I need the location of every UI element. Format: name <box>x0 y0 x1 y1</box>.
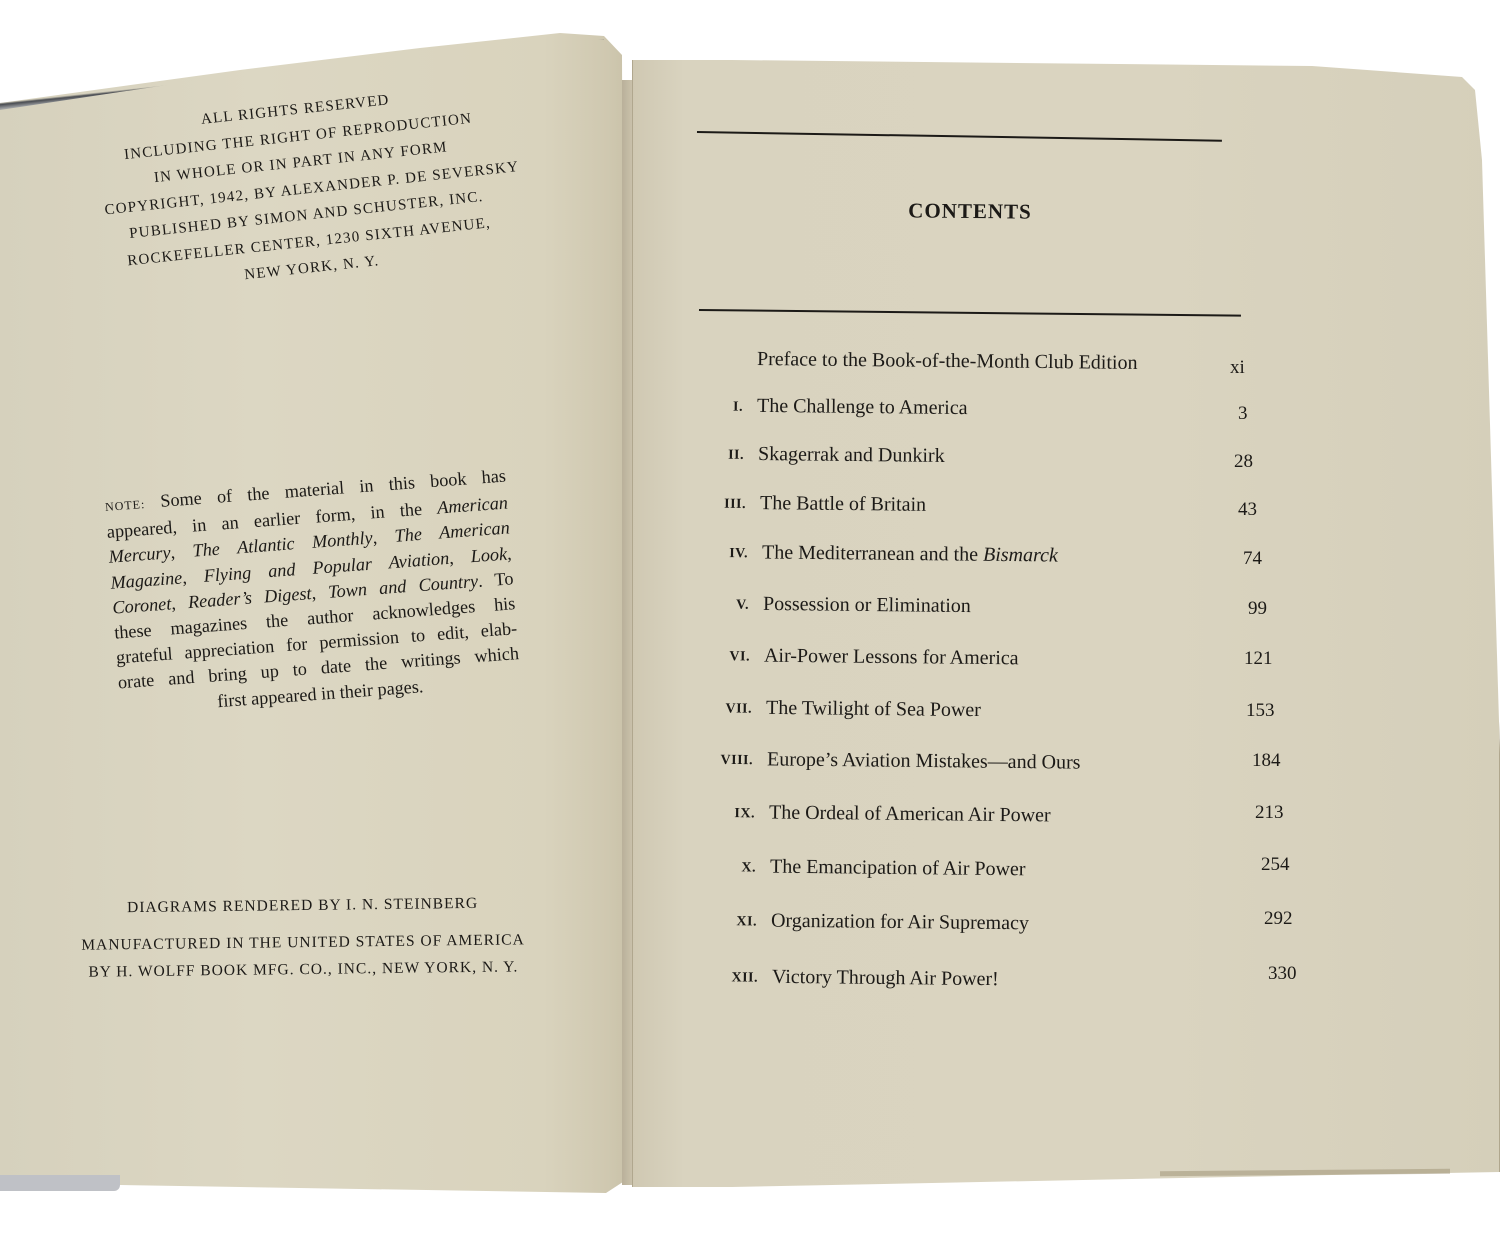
chapter-title: The Twilight of Sea Power <box>766 697 981 721</box>
chapter-title: The Battle of Britain <box>760 492 926 516</box>
toc-entry: III.The Battle of Britain <box>760 492 926 524</box>
contents-heading: CONTENTS <box>870 198 1070 225</box>
chapter-title: Possession or Elimination <box>763 593 971 617</box>
page-number: 121 <box>1244 648 1273 670</box>
chapter-title: Victory Through Air Power! <box>772 966 999 990</box>
toc-entry: X.The Emancipation of Air Power <box>770 856 1026 889</box>
chapter-title: Organization for Air Supremacy <box>771 910 1029 935</box>
chapter-title: The Ordeal of American Air Power <box>769 802 1051 827</box>
toc-entry: VIII.Europe’s Aviation Mistakes—and Ours <box>767 748 1081 781</box>
toc-entry: Preface to the Book-of-the-Month Club Ed… <box>757 348 1138 382</box>
chapter-number: XI. <box>736 914 757 930</box>
page-number: 254 <box>1261 854 1290 876</box>
toc-entry: V.Possession or Elimination <box>763 593 971 625</box>
chapter-number: VI. <box>729 649 750 665</box>
page-number: 28 <box>1234 451 1253 473</box>
chapter-number: IV. <box>729 546 748 562</box>
toc-entry: VI.Air-Power Lessons for America <box>764 645 1019 678</box>
chapter-title: Europe’s Aviation Mistakes—and Ours <box>767 748 1081 773</box>
chapter-number: VIII. <box>720 753 753 769</box>
page-number: 74 <box>1243 548 1262 570</box>
toc-entry: XII.Victory Through Air Power! <box>772 966 999 998</box>
printing-credits: DIAGRAMS RENDERED BY I. N. STEINBERG MAN… <box>60 894 546 986</box>
chapter-title: The Mediterranean and the Bismarck <box>762 541 1058 566</box>
right-page <box>632 0 1500 1255</box>
chapter-title: Skagerrak and Dunkirk <box>758 443 945 467</box>
page-number: 153 <box>1246 700 1275 722</box>
page-number: 213 <box>1255 802 1284 824</box>
chapter-title: The Challenge to America <box>757 395 968 419</box>
page-number: xi <box>1230 357 1245 379</box>
acknowledgement-note: NOTE: Some of the material in this book … <box>104 464 522 722</box>
chapter-number: VII. <box>725 701 752 717</box>
page-number: 43 <box>1238 499 1257 521</box>
chapter-number: XII. <box>731 970 758 986</box>
chapter-number: III. <box>724 497 746 513</box>
note-label: NOTE: <box>105 497 146 514</box>
page-number: 292 <box>1264 908 1293 930</box>
chapter-title: The Emancipation of Air Power <box>770 856 1026 881</box>
chapter-title: Preface to the Book-of-the-Month Club Ed… <box>757 348 1138 374</box>
chapter-number: X. <box>741 860 756 876</box>
chapter-title: Air-Power Lessons for America <box>764 645 1019 670</box>
page-number: 99 <box>1248 598 1267 620</box>
page-number: 184 <box>1252 750 1281 772</box>
chapter-number: I. <box>733 400 743 416</box>
chapter-number: II. <box>728 448 744 464</box>
toc-entry: IX.The Ordeal of American Air Power <box>769 802 1051 835</box>
page-number: 3 <box>1238 403 1248 425</box>
toc-entry: II.Skagerrak and Dunkirk <box>758 443 945 475</box>
toc-entry: I.The Challenge to America <box>757 395 968 427</box>
page-number: 330 <box>1268 963 1297 985</box>
chapter-number: V. <box>736 598 749 614</box>
chapter-number: IX. <box>734 806 755 822</box>
toc-entry: XI.Organization for Air Supremacy <box>771 910 1029 943</box>
toc-entry: VII.The Twilight of Sea Power <box>766 697 981 729</box>
toc-entry: IV.The Mediterranean and the Bismarck <box>762 541 1058 574</box>
left-cover-tab <box>0 1175 120 1191</box>
